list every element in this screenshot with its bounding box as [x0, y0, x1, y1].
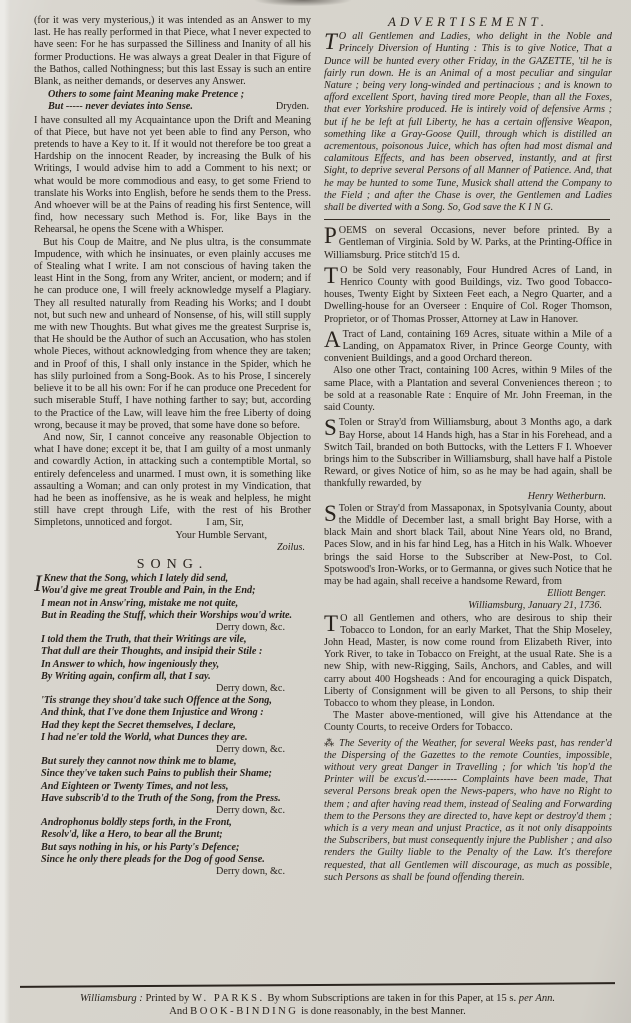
- verse-couplet: Others to some faint Meaning make Preten…: [48, 89, 311, 113]
- song-stanza-2: I told them the Truth, that their Writin…: [34, 634, 311, 695]
- dateline: Williamsburg, January 21, 1736.: [324, 600, 612, 612]
- printer-notice: ⁂The Severity of the Weather, for severa…: [324, 738, 612, 884]
- newspaper-page: (for it was very mysterious,) it was int…: [0, 0, 631, 1023]
- drop-cap: T: [324, 265, 340, 286]
- song-title: SONG.: [34, 559, 311, 571]
- song-refrain: Derry down, &c.: [34, 622, 311, 634]
- drop-cap: T: [324, 613, 340, 634]
- imprint-line-2: And BOOK-BINDING is done reasonably, in …: [18, 1005, 617, 1018]
- song-refrain: Derry down, &c.: [34, 744, 311, 756]
- drop-cap: S: [324, 503, 339, 524]
- letter-paragraph-2: I have consulted all my Acquaintance upo…: [34, 115, 311, 237]
- verse-attribution: Dryden.: [276, 101, 311, 113]
- footer-rule: [20, 982, 615, 988]
- drop-cap: T: [324, 31, 339, 52]
- song-stanza-3: 'Tis strange they shou'd take such Offen…: [34, 695, 311, 756]
- ad-text: O all Gentlemen and Ladies, who delight …: [324, 31, 612, 213]
- song-line: Wou'd give me great Trouble and Pain, in…: [34, 585, 311, 597]
- letter-paragraph-1: (for it was very mysterious,) it was int…: [34, 15, 311, 88]
- song-line: 'Tis strange they shou'd take such Offen…: [34, 695, 311, 707]
- letter-paragraph-3: But his Coup de Maitre, and Ne plus ultr…: [34, 237, 311, 432]
- ad-tract-of-land: A Tract of Land, containing 169 Acres, s…: [324, 329, 612, 366]
- two-column-layout: (for it was very mysterious,) it was int…: [34, 15, 616, 967]
- song-line: And Eighteen or Twenty Times, and not le…: [34, 781, 311, 793]
- imprint-footer: Williamsburg : Printed by W. PARKS. By w…: [18, 984, 617, 1018]
- ad-text: Tolen or Stray'd from Williamsburg, abou…: [324, 417, 612, 489]
- ad-ship-note: The Master above-mentioned, will give hi…: [324, 710, 612, 734]
- ad-tract-also: Also one other Tract, containing 100 Acr…: [324, 365, 612, 414]
- song-line: But says nothing in his, or his Party's …: [34, 842, 311, 854]
- song-refrain: Derry down, &c.: [34, 866, 311, 878]
- ad-stolen-horse-massaponax: S Tolen or Stray'd from Massaponax, in S…: [324, 503, 612, 588]
- ad-signature: Henry Wetherburn.: [324, 491, 612, 503]
- song-line: I told them the Truth, that their Writin…: [34, 634, 311, 646]
- song-line: In Answer to which, how ingeniously they…: [34, 659, 311, 671]
- verse-line-1: Others to some faint Meaning make Preten…: [48, 89, 311, 101]
- song-stanza-5: Androphonus boldly steps forth, in the F…: [34, 817, 311, 878]
- song-stanza-4: But surely they cannot now think me to b…: [34, 756, 311, 817]
- verse-line-2: But ----- never deviates into Sense.: [48, 101, 193, 113]
- drop-cap: S: [324, 417, 339, 438]
- imprint-line-1: Williamsburg : Printed by W. PARKS. By w…: [18, 992, 617, 1005]
- song-line: Knew that the Song, which I lately did s…: [34, 573, 311, 585]
- notice-text: The Severity of the Weather, for several…: [324, 738, 612, 883]
- imprint-printer-name: W. PARKS.: [192, 993, 265, 1004]
- imprint-printed-by: Printed by: [145, 993, 189, 1004]
- ad-text: O be Sold very reasonably, Four Hundred …: [324, 265, 612, 325]
- song-line: That dull are their Thoughts, and insipi…: [34, 646, 311, 658]
- ad-text: Tolen or Stray'd from Massaponax, in Spo…: [324, 503, 612, 587]
- imprint-line2-rest: is done reasonably, in the best Manner.: [301, 1006, 466, 1017]
- verse-line-2-row: But ----- never deviates into Sense. Dry…: [48, 101, 311, 113]
- song-refrain: Derry down, &c.: [34, 805, 311, 817]
- letter-signature: Zoilus.: [34, 542, 311, 554]
- ad-ship-tobacco: T O all Gentlemen and others, who are de…: [324, 613, 612, 711]
- song-line: Androphonus boldly steps forth, in the F…: [34, 817, 311, 829]
- paragraph-text: And now, Sir, I cannot conceive any reas…: [34, 432, 311, 528]
- ad-land-henrico: T O be Sold very reasonably, Four Hundre…: [324, 265, 612, 326]
- song-line: I mean not in Answ'ring, mistake me not …: [34, 598, 311, 610]
- advertisement-heading: ADVERTISEMENT.: [324, 16, 612, 28]
- ad-stolen-horse-williamsburg: S Tolen or Stray'd from Williamsburg, ab…: [324, 417, 612, 490]
- imprint-per-ann: per Ann.: [519, 993, 555, 1004]
- ad-hunting: T O all Gentlemen and Ladies, who deligh…: [324, 31, 612, 214]
- song-line: Since they've taken such Pains to publis…: [34, 768, 311, 780]
- drop-cap: A: [324, 329, 343, 350]
- drop-cap: P: [324, 225, 339, 246]
- letter-paragraph-4: And now, Sir, I cannot conceive any reas…: [34, 432, 311, 530]
- imprint-place: Williamsburg :: [80, 993, 143, 1004]
- ad-text: O all Gentlemen and others, who are desi…: [324, 613, 612, 709]
- closing-servant-line: Your Humble Servant,: [34, 530, 311, 542]
- closing-inline: I am, Sir,: [172, 517, 244, 528]
- song-line: I had ne'er told the World, what Dunces …: [34, 732, 311, 744]
- left-column: (for it was very mysterious,) it was int…: [34, 15, 311, 967]
- imprint-subscription: By whom Subscriptions are taken in for t…: [267, 993, 516, 1004]
- song-line: Had they kept the Secret themselves, I d…: [34, 720, 311, 732]
- song-refrain: Derry down, &c.: [34, 683, 311, 695]
- song-stanza-1: I Knew that the Song, which I lately did…: [34, 573, 311, 634]
- imprint-bookbinding: BOOK-BINDING: [190, 1006, 298, 1017]
- section-divider-rule: [324, 219, 610, 220]
- song-line: Since he only there pleads for the Dog o…: [34, 854, 311, 866]
- ad-signature: Elliott Benger.: [324, 588, 612, 600]
- imprint-and: And: [169, 1006, 187, 1017]
- asterism-icon: ⁂: [324, 738, 339, 749]
- song-line: Resolv'd, like a Hero, to bear all the B…: [34, 829, 311, 841]
- song-line: But in Reading the Stuff, which their Wo…: [34, 610, 311, 622]
- song-line: Have subscrib'd to the Truth of the Song…: [34, 793, 311, 805]
- right-column: ADVERTISEMENT. T O all Gentlemen and Lad…: [324, 15, 612, 967]
- song-line: But surely they cannot now think me to b…: [34, 756, 311, 768]
- song-line: And think, that I've done them Injustice…: [34, 707, 311, 719]
- ad-poems: P OEMS on several Occasions, never befor…: [324, 225, 612, 262]
- song-line: By Writing again, confirm all, that I sa…: [34, 671, 311, 683]
- ad-text: Tract of Land, containing 169 Acres, sit…: [324, 329, 612, 364]
- ad-text: OEMS on several Occasions, never before …: [324, 225, 612, 260]
